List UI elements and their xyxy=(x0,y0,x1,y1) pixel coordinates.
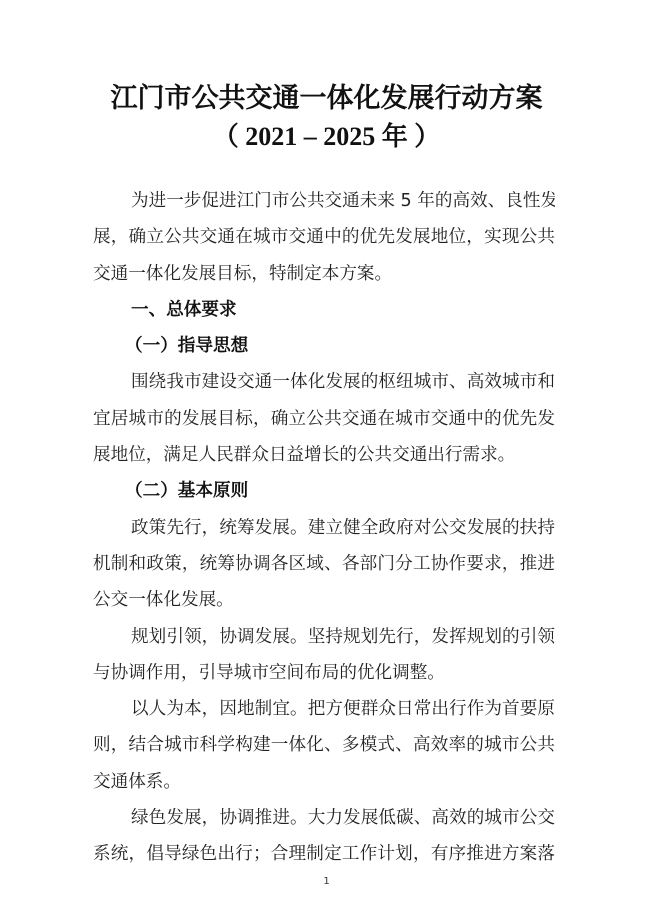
paragraph-line: 与协调作用，引导城市空间布局的优化调整。 xyxy=(93,655,555,691)
document-title: 江门市公共交通一体化发展行动方案 xyxy=(0,76,653,115)
document-page: 江门市公共交通一体化发展行动方案 （ 2021 – 2025 年 ） 为进一步促… xyxy=(0,0,653,898)
subsection-heading: （二）基本原则 xyxy=(93,473,555,509)
document-body: 为进一步促进江门市公共交通未来 5 年的高效、良性发 展，确立公共交通在城市交通… xyxy=(93,183,555,873)
paragraph-line: 展地位，满足人民群众日益增长的公共交通出行需求。 xyxy=(93,437,555,473)
paragraph-line: 绿色发展，协调推进。大力发展低碳、高效的城市公交 xyxy=(93,800,555,836)
paragraph-line: 宜居城市的发展目标，确立公共交通在城市交通中的优先发 xyxy=(93,401,555,437)
page-number: 1 xyxy=(0,876,653,887)
paragraph-line: 展，确立公共交通在城市交通中的优先发展地位，实现公共 xyxy=(93,219,555,255)
paragraph-line: 机制和政策，统筹协调各区域、各部门分工协作要求，推进 xyxy=(93,546,555,582)
subsection-heading: （一）指导思想 xyxy=(93,328,555,364)
paragraph-line: 为进一步促进江门市公共交通未来 5 年的高效、良性发 xyxy=(93,183,555,219)
paragraph-line: 系统，倡导绿色出行；合理制定工作计划，有序推进方案落 xyxy=(93,836,555,872)
paragraph-line: 交通体系。 xyxy=(93,764,555,800)
paragraph-line: 围绕我市建设交通一体化发展的枢纽城市、高效城市和 xyxy=(93,364,555,400)
paragraph-line: 则，结合城市科学构建一体化、多模式、高效率的城市公共 xyxy=(93,727,555,763)
paragraph-line: 规划引领，协调发展。坚持规划先行，发挥规划的引领 xyxy=(93,619,555,655)
paragraph-line: 公交一体化发展。 xyxy=(93,582,555,618)
document-subtitle-years: （ 2021 – 2025 年 ） xyxy=(0,116,653,153)
paragraph-line: 交通一体化发展目标，特制定本方案。 xyxy=(93,256,555,292)
paragraph-line: 政策先行，统筹发展。建立健全政府对公交发展的扶持 xyxy=(93,510,555,546)
section-heading: 一、总体要求 xyxy=(93,292,555,328)
paragraph-line: 以人为本，因地制宜。把方便群众日常出行作为首要原 xyxy=(93,691,555,727)
